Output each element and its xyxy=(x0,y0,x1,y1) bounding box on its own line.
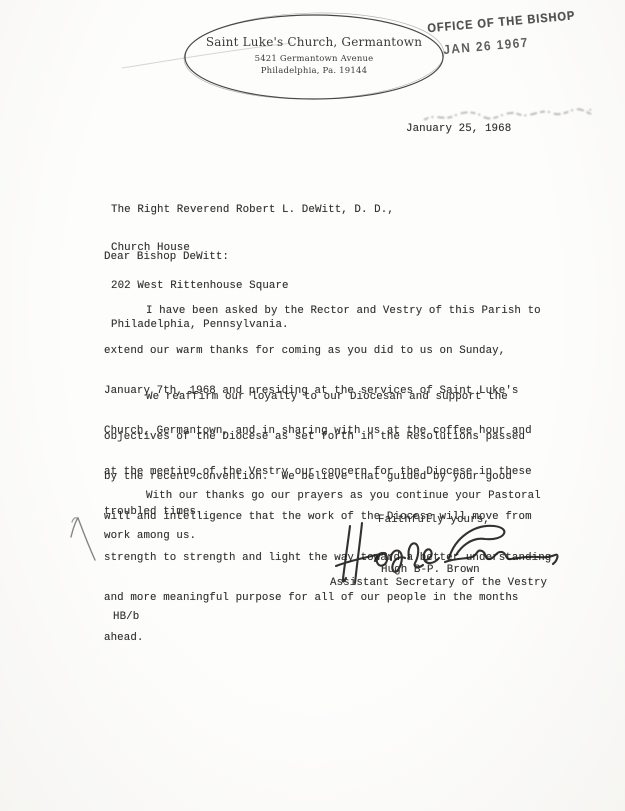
stamp-date-line: JAN 26 1967 xyxy=(443,30,586,57)
salutation: Dear Bishop DeWitt: xyxy=(104,251,229,264)
church-name: Saint Luke's Church, Germantown xyxy=(178,35,450,49)
pencil-check-mark xyxy=(60,513,108,568)
received-stamp: OFFICE OF THE BISHOP JAN 26 1967 xyxy=(427,7,598,59)
letterhead: Saint Luke's Church, Germantown 5421 Ger… xyxy=(178,35,450,77)
church-address-city: Philadelphia, Pa. 19144 xyxy=(178,66,450,78)
reference-initials: HB/b xyxy=(113,611,139,624)
body-line: ahead. xyxy=(104,632,551,645)
body-line: objectives of the Diocese as set forth i… xyxy=(104,431,551,444)
body-line: and more meaningful purpose for all of o… xyxy=(104,592,551,605)
signer-typed-title: Assistant Secretary of the Vestry xyxy=(330,577,547,590)
letter-date: January 25, 1968 xyxy=(406,123,511,136)
body-line: We reaffirm our loyalty to our Diocesan … xyxy=(104,391,551,404)
church-address-street: 5421 Germantown Avenue xyxy=(178,54,450,66)
body-line: extend our warm thanks for coming as you… xyxy=(104,345,541,358)
body-line: I have been asked by the Rector and Vest… xyxy=(104,305,541,318)
scanned-letter: Saint Luke's Church, Germantown 5421 Ger… xyxy=(0,0,625,811)
signer-typed-name: Hugh B-P. Brown xyxy=(381,564,480,577)
recipient-line: The Right Reverend Robert L. DeWitt, D. … xyxy=(111,204,394,217)
body-line: With our thanks go our prayers as you co… xyxy=(104,490,541,503)
